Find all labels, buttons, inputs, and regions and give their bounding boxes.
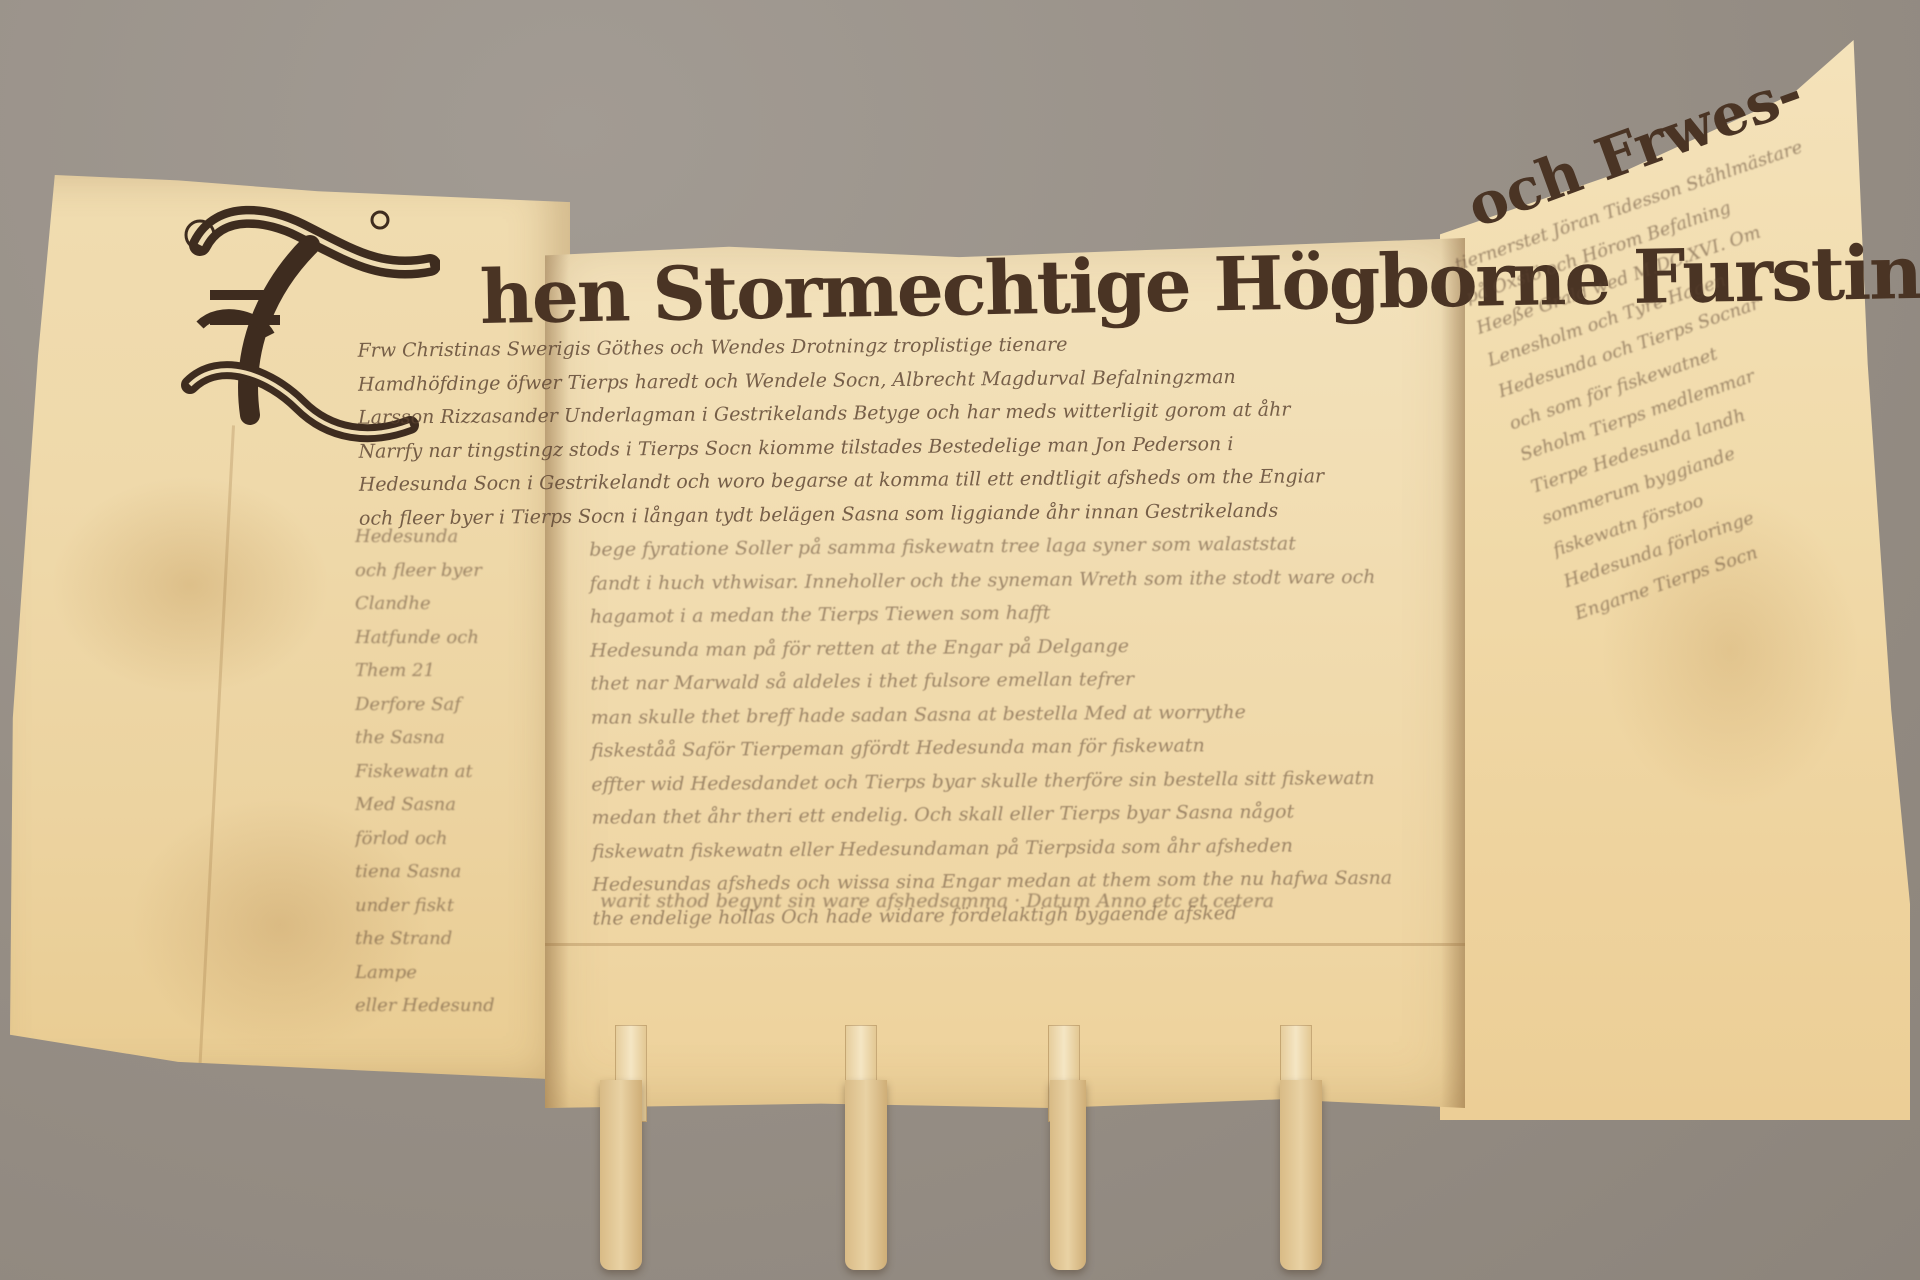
text-line: tiena Sasna: [355, 855, 555, 889]
photograph-scene: hen Stormechtige Högborne Furstinnes och…: [0, 0, 1920, 1280]
text-line: Them 21: [355, 654, 555, 688]
stain: [50, 475, 330, 695]
text-line: och fleer byer: [355, 554, 555, 588]
plica-fold: [545, 943, 1465, 946]
closing-datum-line: warit sthod begynt sin ware afshedsamma …: [600, 890, 1430, 912]
seal-tag: [1050, 1080, 1086, 1270]
seal-tag: [1280, 1080, 1322, 1270]
text-line: Derfore Saf: [355, 688, 555, 722]
text-line: Clandhe: [355, 587, 555, 621]
charter-left-column: Hedesunda och fleer byer Clandhe Hatfund…: [355, 520, 555, 1023]
text-line: eller Hedesund: [355, 989, 555, 1023]
seal-tag: [845, 1080, 887, 1270]
fold-crease: [1441, 238, 1465, 1108]
text-line: Hatfunde och: [355, 621, 555, 655]
text-line: Lampe: [355, 956, 555, 990]
text-line: Hedesunda: [355, 520, 555, 554]
text-line: förlod och: [355, 822, 555, 856]
text-line: the Strand: [355, 922, 555, 956]
text-line: Fiskewatn at: [355, 755, 555, 789]
text-line: under fiskt: [355, 889, 555, 923]
text-line: Med Sasna: [355, 788, 555, 822]
seal-tag: [600, 1080, 642, 1270]
text-line: the Sasna: [355, 721, 555, 755]
